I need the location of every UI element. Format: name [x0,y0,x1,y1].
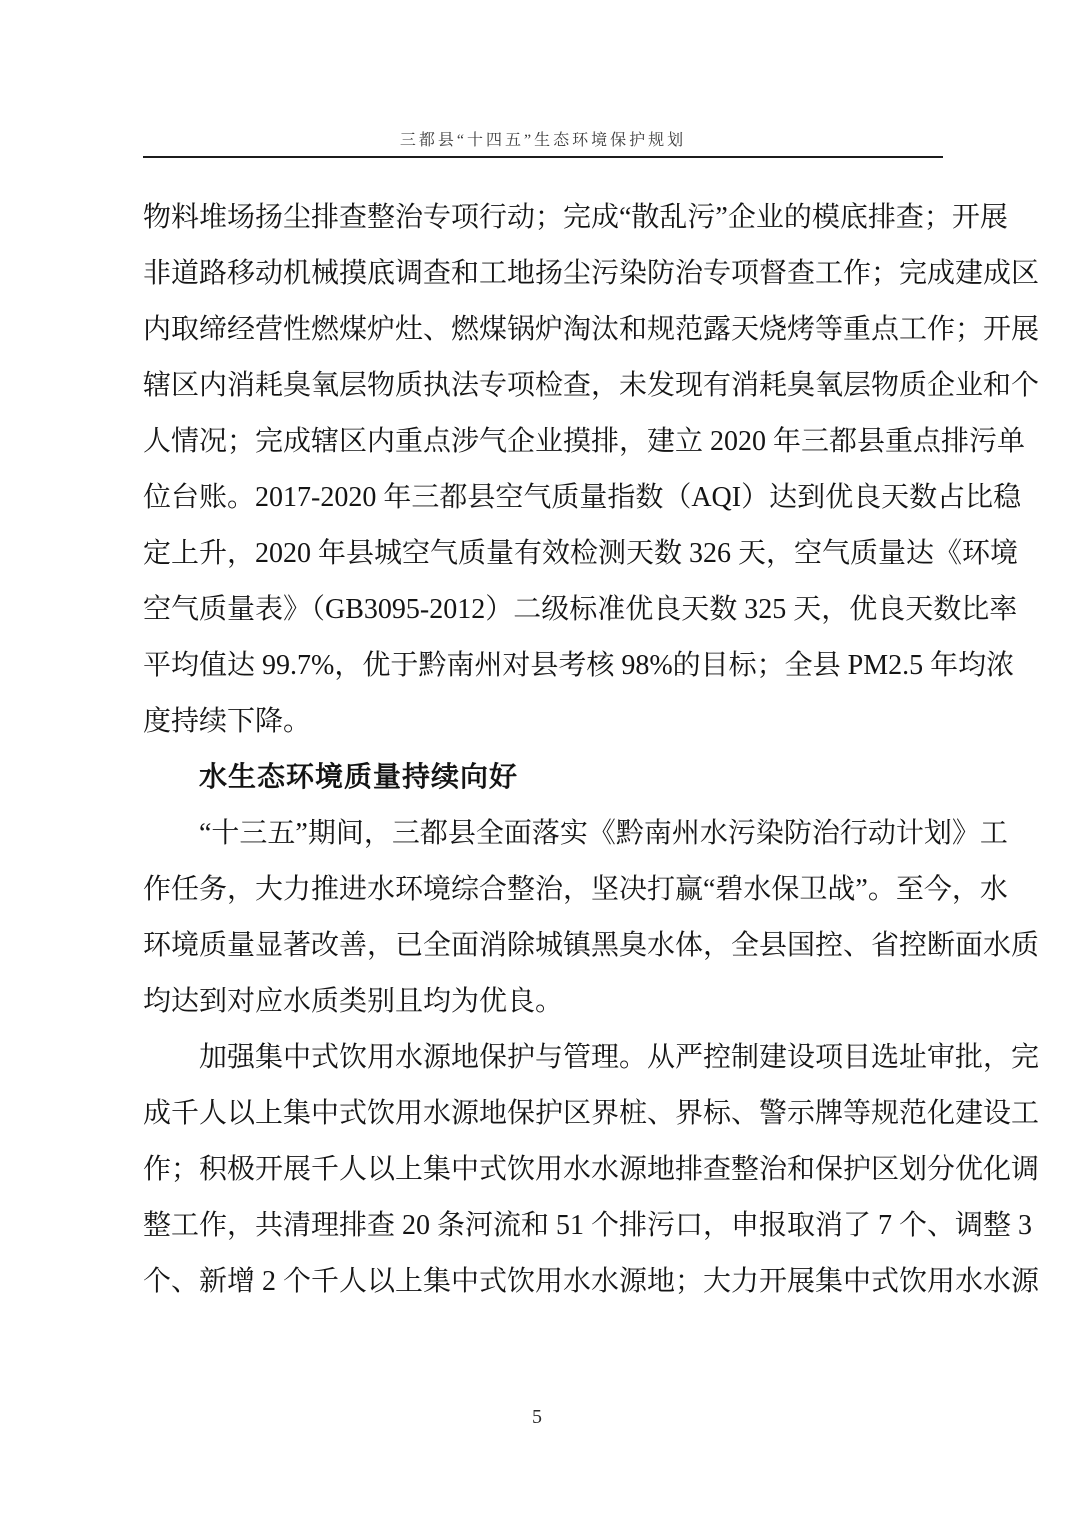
text-line: 均达到对应水质类别且均为优良。 [143,974,940,1030]
header-rule [143,156,943,158]
text-line: 位台账。2017-2020 年三都县空气质量指数（AQI）达到优良天数占比稳 [143,470,940,526]
text-line: 人情况；完成辖区内重点涉气企业摸排，建立 2020 年三都县重点排污单 [143,414,940,470]
text-line: 个、新增 2 个千人以上集中式饮用水水源地；大力开展集中式饮用水水源 [143,1254,940,1310]
text-line: 加强集中式饮用水源地保护与管理。从严控制建设项目选址审批，完 [143,1030,940,1086]
text-line: 定上升，2020 年县城空气质量有效检测天数 326 天，空气质量达《环境 [143,526,940,582]
text-line: 平均值达 99.7%，优于黔南州对县考核 98%的目标；全县 PM2.5 年均浓 [143,638,940,694]
text-line: 非道路移动机械摸底调查和工地扬尘污染防治专项督查工作；完成建成区 [143,246,940,302]
paragraph: 物料堆场扬尘排查整治专项行动；完成“散乱污”企业的模底排查；开展 非道路移动机械… [143,190,940,750]
text-line: 辖区内消耗臭氧层物质执法专项检查，未发现有消耗臭氧层物质企业和个 [143,358,940,414]
text-line: 度持续下降。 [143,694,940,750]
document-body: 物料堆场扬尘排查整治专项行动；完成“散乱污”企业的模底排查；开展 非道路移动机械… [143,190,940,1310]
text-line: 内取缔经营性燃煤炉灶、燃煤锅炉淘汰和规范露天烧烤等重点工作；开展 [143,302,940,358]
text-line: “十三五”期间，三都县全面落实《黔南州水污染防治行动计划》工 [143,806,940,862]
header-title: 三都县“十四五”生态环境保护规划 [400,130,686,152]
page-header: 三都县“十四五”生态环境保护规划 [143,130,943,152]
page-footer: 5 [0,1404,1074,1430]
text-line: 空气质量表》（GB3095-2012）二级标准优良天数 325 天，优良天数比率 [143,582,940,638]
text-line: 作任务，大力推进水环境综合整治，坚决打赢“碧水保卫战”。至今，水 [143,862,940,918]
page-number: 5 [532,1406,542,1428]
text-line: 物料堆场扬尘排查整治专项行动；完成“散乱污”企业的模底排查；开展 [143,190,940,246]
document-page: 三都县“十四五”生态环境保护规划 物料堆场扬尘排查整治专项行动；完成“散乱污”企… [0,0,1074,1520]
text-line: 作；积极开展千人以上集中式饮用水水源地排查整治和保护区划分优化调 [143,1142,940,1198]
section-heading: 水生态环境质量持续向好 [143,750,940,806]
text-line: 环境质量显著改善，已全面消除城镇黑臭水体，全县国控、省控断面水质 [143,918,940,974]
text-line: 整工作，共清理排查 20 条河流和 51 个排污口，申报取消了 7 个、调整 3 [143,1198,940,1254]
paragraph: 加强集中式饮用水源地保护与管理。从严控制建设项目选址审批，完 成千人以上集中式饮… [143,1030,940,1310]
text-line: 成千人以上集中式饮用水源地保护区界桩、界标、警示牌等规范化建设工 [143,1086,940,1142]
paragraph: “十三五”期间，三都县全面落实《黔南州水污染防治行动计划》工 作任务，大力推进水… [143,806,940,1030]
